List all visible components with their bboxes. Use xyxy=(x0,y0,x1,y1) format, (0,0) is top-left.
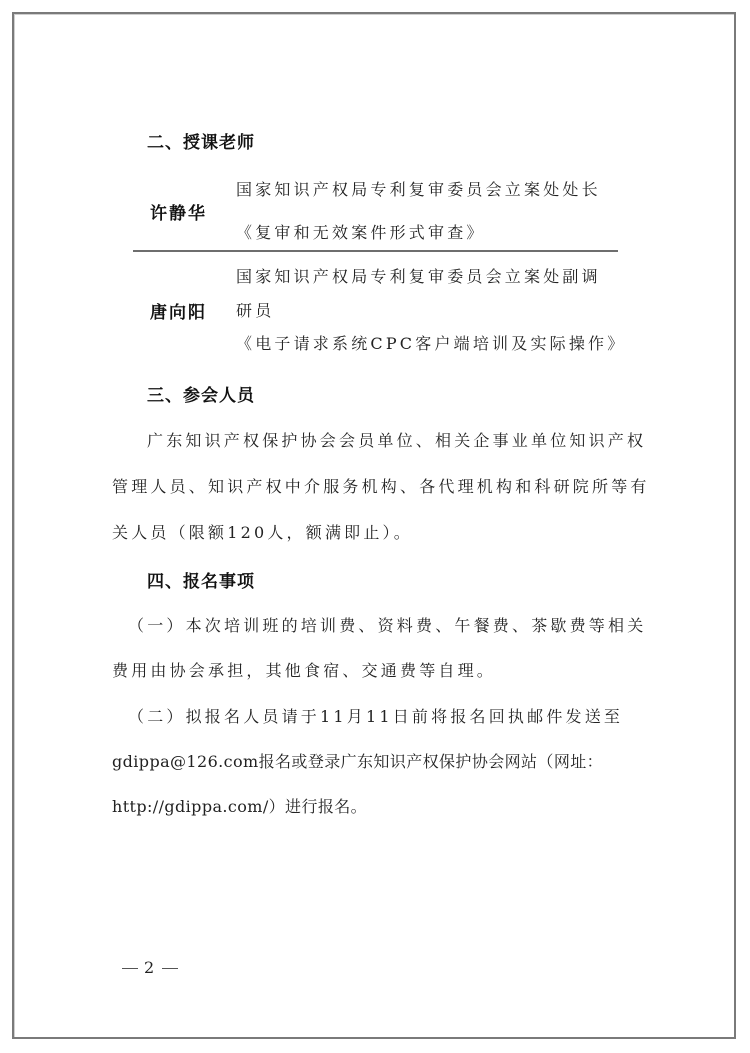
attendees-paragraph-line-3: 关人员（限额120人，额满即止）。 xyxy=(112,520,413,543)
dash-left xyxy=(122,968,138,969)
dash-right xyxy=(162,968,178,969)
registration-item-2-line-1: （二）拟报名人员请于11月11日前将报名回执邮件发送至 xyxy=(128,704,623,727)
registration-item-2-line-2: gdippa@126.com报名或登录广东知识产权保护协会网站（网址： xyxy=(112,749,603,772)
page-footer: 2 xyxy=(116,958,184,977)
teacher-title-1: 国家知识产权局专利复审委员会立案处处长 xyxy=(236,177,601,200)
teacher-divider xyxy=(133,250,618,252)
teacher-title-2-line-1: 国家知识产权局专利复审委员会立案处副调 xyxy=(236,264,601,287)
teacher-course-1: 《复审和无效案件形式审查》 xyxy=(236,220,486,243)
section-heading-registration: 四、报名事项 xyxy=(147,567,255,592)
teacher-course-2: 《电子请求系统CPC客户端培训及实际操作》 xyxy=(236,331,626,354)
attendees-paragraph-line-1: 广东知识产权保护协会会员单位、相关企事业单位知识产权 xyxy=(147,428,646,451)
attendees-paragraph-line-2: 管理人员、知识产权中介服务机构、各代理机构和科研院所等有 xyxy=(112,474,650,497)
registration-item-1-line-1: （一）本次培训班的培训费、资料费、午餐费、茶歇费等相关 xyxy=(128,613,646,636)
section-heading-attendees: 三、参会人员 xyxy=(147,381,255,406)
teacher-name-1: 许静华 xyxy=(150,199,207,224)
teacher-name-2: 唐向阳 xyxy=(150,298,207,323)
section-heading-teachers: 二、授课老师 xyxy=(147,128,255,153)
teacher-title-2-line-2: 研员 xyxy=(236,298,274,321)
page-number: 2 xyxy=(144,958,156,977)
registration-item-2-line-3: http://gdippa.com/）进行报名。 xyxy=(112,794,367,817)
registration-item-1-line-2: 费用由协会承担，其他食宿、交通费等自理。 xyxy=(112,658,496,681)
